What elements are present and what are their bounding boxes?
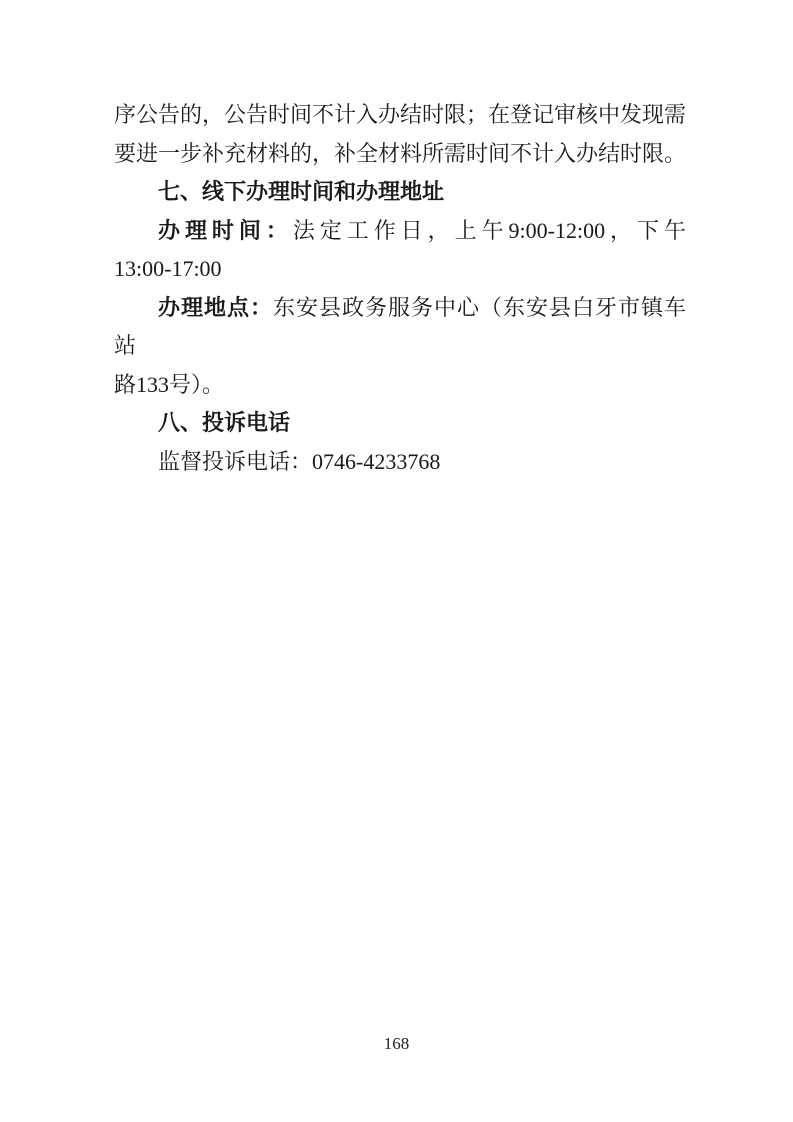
page-number: 168	[0, 1034, 793, 1054]
complaint-phone-line: 监督投诉电话：0746-4233768	[114, 443, 686, 482]
document-body: 序公告的，公告时间不计入办结时限；在登记审核中发现需 要进一步补充材料的，补全材…	[114, 96, 686, 481]
office-hours-line: 办理时间：法定工作日，上午9:00-12:00，下午	[114, 212, 686, 251]
paragraph-line-1: 序公告的，公告时间不计入办结时限；在登记审核中发现需	[114, 96, 686, 135]
office-hours-label: 办理时间：	[158, 218, 293, 243]
office-address-line: 办理地点：东安县政务服务中心（东安县白牙市镇车站	[114, 289, 686, 366]
section-seven-heading: 七、线下办理时间和办理地址	[114, 173, 686, 212]
office-address-label: 办理地点：	[158, 295, 273, 320]
office-address-continuation: 路133号）。	[114, 366, 686, 405]
office-hours-continuation: 13:00-17:00	[114, 250, 686, 289]
office-hours-text: 法定工作日，上午9:00-12:00，下午	[293, 218, 686, 243]
paragraph-line-2: 要进一步补充材料的，补全材料所需时间不计入办结时限。	[114, 135, 686, 174]
section-eight-heading: 八、投诉电话	[114, 404, 686, 443]
document-page: 序公告的，公告时间不计入办结时限；在登记审核中发现需 要进一步补充材料的，补全材…	[0, 0, 793, 1122]
